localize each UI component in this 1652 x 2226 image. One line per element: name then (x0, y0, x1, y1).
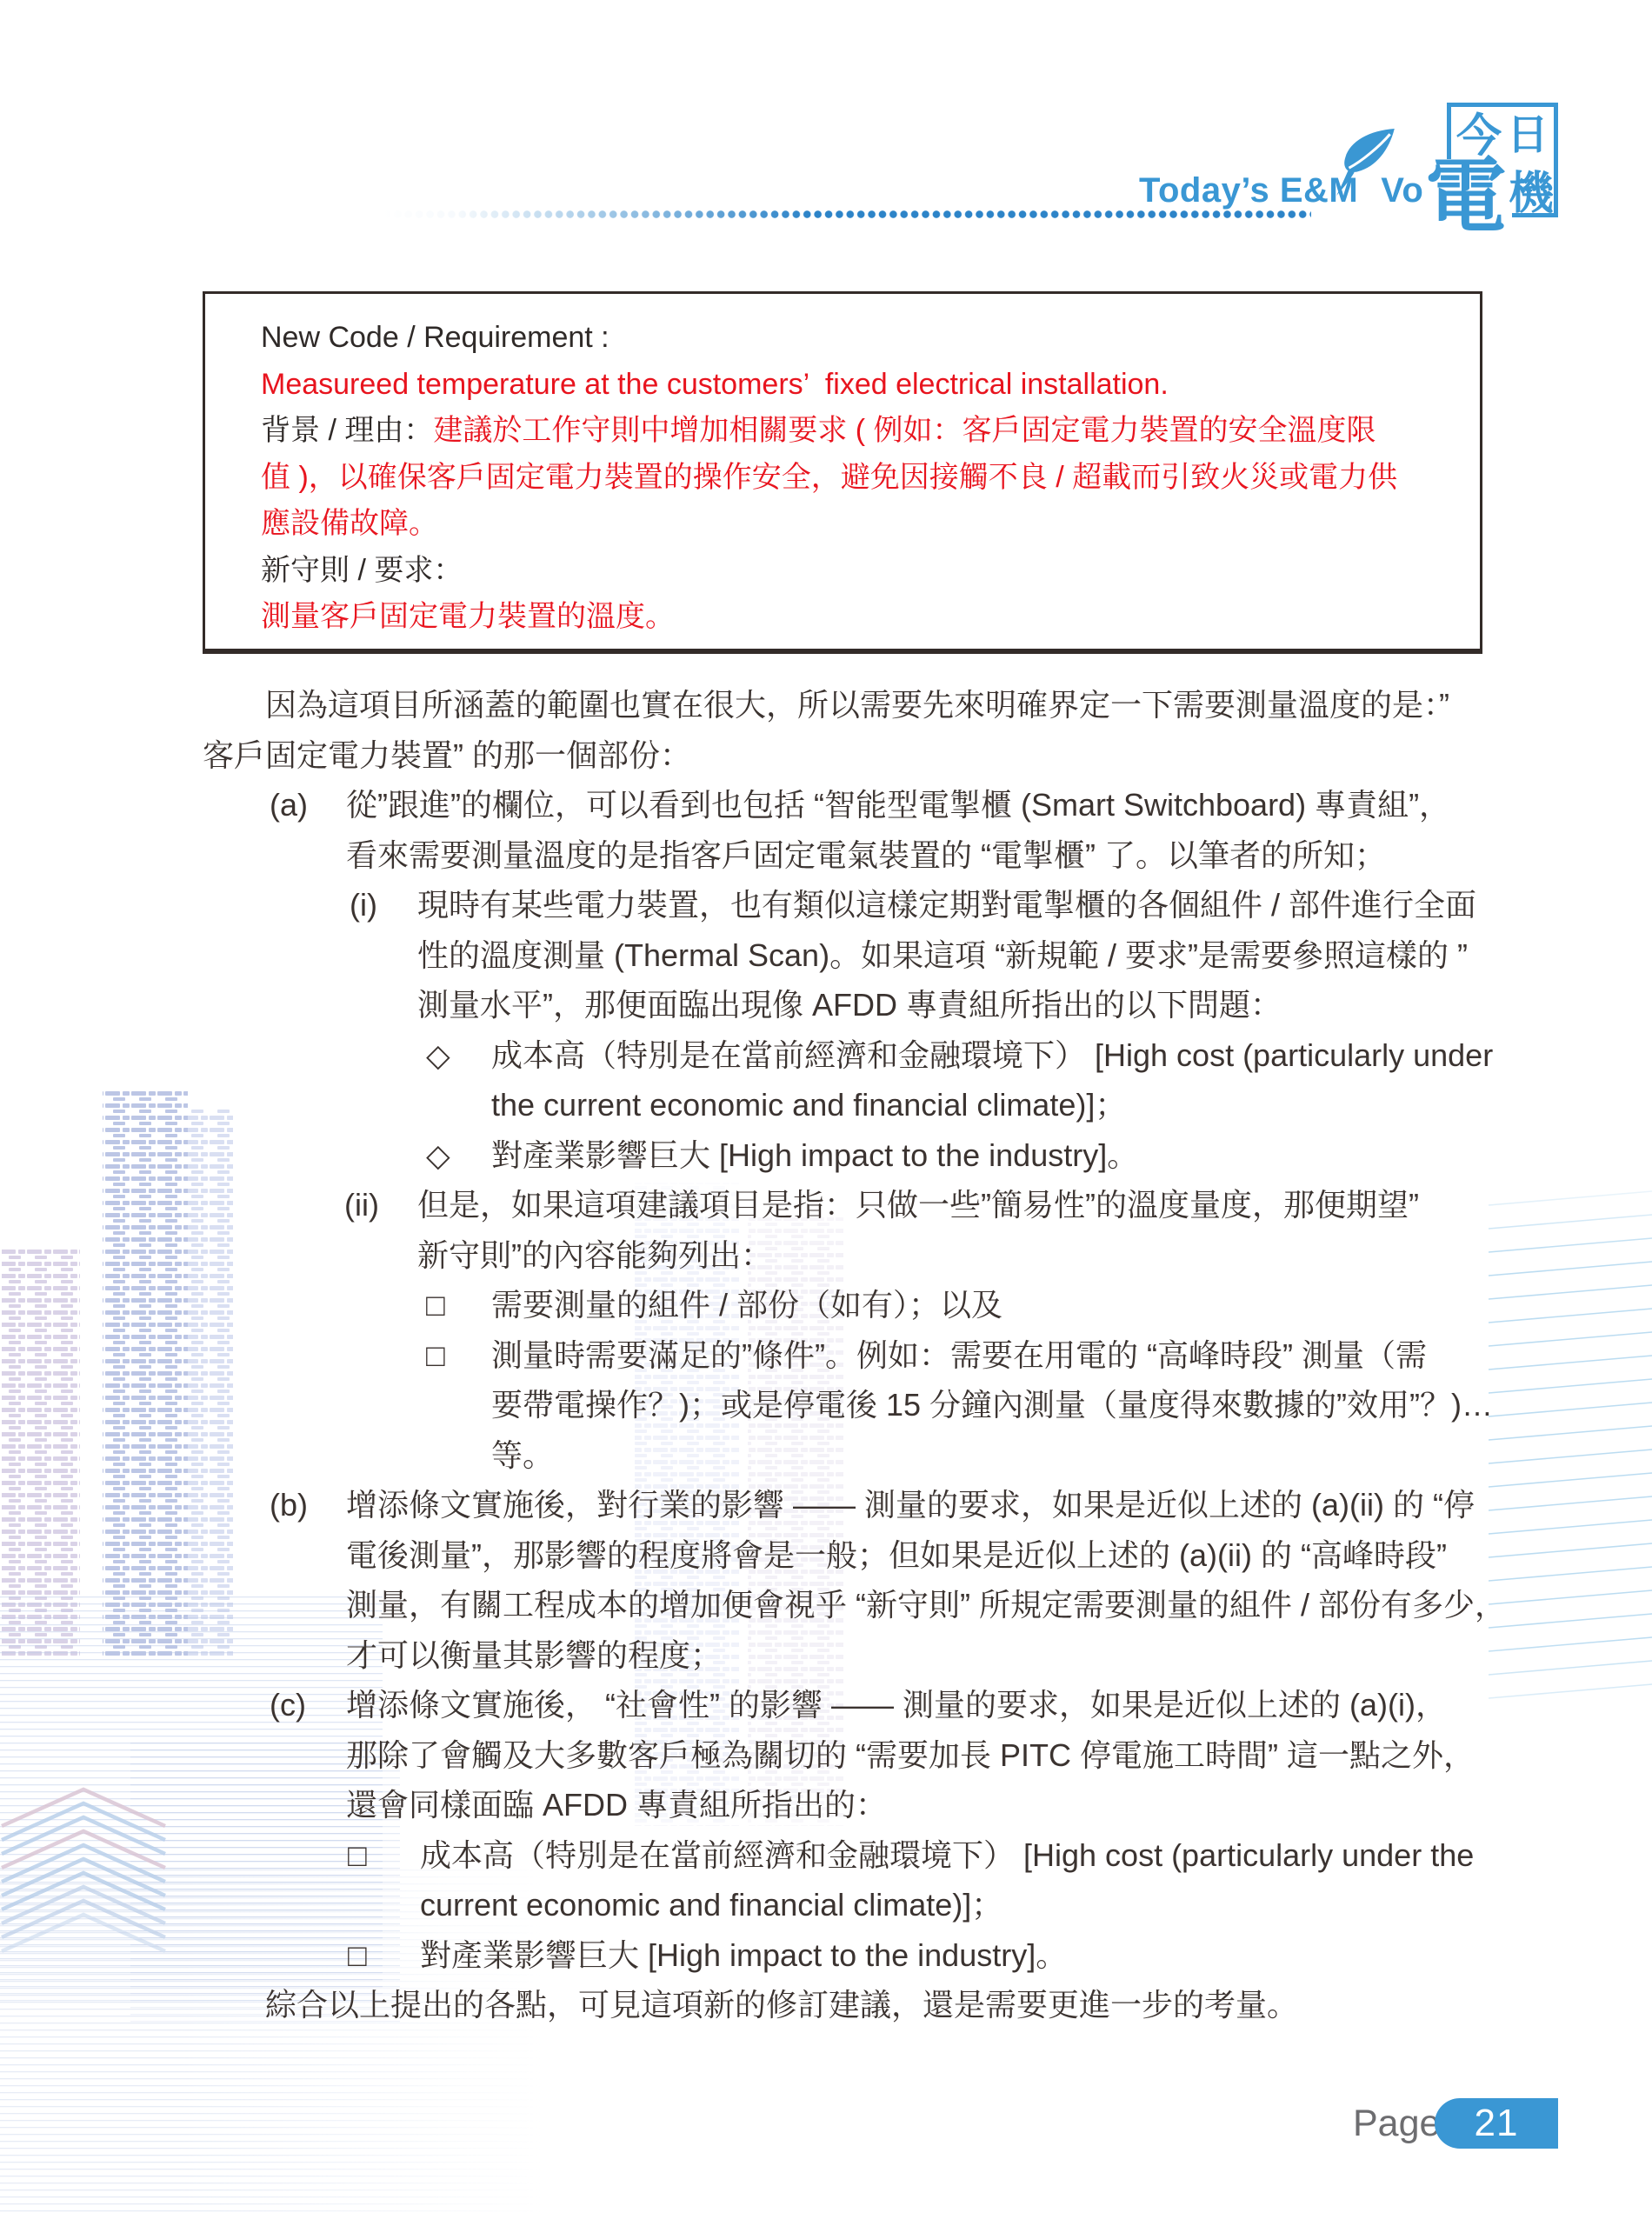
list-marker: (b) (270, 1480, 346, 1530)
text-line: 新守則”的內容能夠列出： (417, 1230, 772, 1280)
notice-text-red: 測量客戶固定電力裝置的溫度。 (261, 600, 675, 633)
logo-char-ji: 機 (1509, 171, 1554, 217)
list-marker: ◇ (426, 1130, 491, 1180)
notice-text-black: 背景 / 理由： (261, 414, 433, 447)
line-text: 從”跟進”的欄位，可以看到也包括 “智能型電掣櫃 (Smart Switchbo… (346, 787, 1450, 823)
line-text: 那除了會觸及大多數客戶極為關切的 “需要加長 PITC 停電施工時間” 這一點之… (346, 1737, 1475, 1773)
line-text: 測量水平”，那便面臨出現像 AFDD 專責組所指出的以下問題： (417, 987, 1282, 1023)
line-text: 綜合以上提出的各點，可見這項新的修訂建議，還是需要更進一步的考量。 (265, 1987, 1298, 2023)
line-text: 才可以衡量其影響的程度； (346, 1637, 722, 1673)
line-text: 因為這項目所涵蓋的範圍也實在很大，所以需要先來明確界定一下需要測量溫度的是：” (265, 687, 1449, 723)
magazine-logo: 今 日 電 機 (1447, 103, 1558, 217)
line-text: 成本高（特別是在當前經濟和金融環境下） [High cost (particul… (491, 1037, 1493, 1073)
list-marker: (c) (270, 1680, 346, 1729)
new-code-requirement-box: New Code / Requirement :Measureed temper… (203, 291, 1482, 654)
notice-box-line: 測量客戶固定電力裝置的溫度。 (261, 594, 1445, 641)
list-item-line: □測量時需要滿足的”條件”。例如：需要在用電的 “高峰時段” 測量（需 (426, 1330, 1427, 1380)
line-text: current economic and financial climate)]… (420, 1887, 1003, 1923)
line-text: 要帶電操作？)；或是停電後 15 分鐘內測量（量度得來數據的”效用”？)… (491, 1387, 1493, 1423)
notice-box-line: New Code / Requirement : (261, 315, 1445, 362)
line-text: 需要測量的組件 / 部份（如有）；以及 (491, 1287, 1003, 1323)
line-text: 但是，如果這項建議項目是指：只做一些”簡易性”的溫度量度，那便期望” (417, 1187, 1419, 1223)
page-label: Page (1353, 2103, 1440, 2145)
notice-box-line: 值 )，以確保客戶固定電力裝置的操作安全，避免因接觸不良 / 超載而引致火災或電… (261, 455, 1445, 502)
list-marker: □ (348, 1830, 420, 1880)
list-item-line: (a)從”跟進”的欄位，可以看到也包括 “智能型電掣櫃 (Smart Switc… (270, 780, 1450, 830)
text-line: 要帶電操作？)；或是停電後 15 分鐘內測量（量度得來數據的”效用”？)… (491, 1380, 1493, 1430)
diagonal-lines-watermark (1489, 1165, 1652, 1756)
list-item-line: (ii)但是，如果這項建議項目是指：只做一些”簡易性”的溫度量度，那便期望” (344, 1180, 1419, 1230)
line-text: 對產業影響巨大 [High impact to the industry]。 (420, 1937, 1067, 1973)
line-text: 還會同樣面臨 AFDD 專責組所指出的： (346, 1787, 887, 1823)
notice-text-black: New Code / Requirement : (261, 321, 610, 354)
list-item-line: □對產業影響巨大 [High impact to the industry]。 (348, 1930, 1067, 1980)
line-text: 對產業影響巨大 [High impact to the industry]。 (491, 1137, 1138, 1173)
notice-text-black: 新守則 / 要求： (261, 554, 463, 587)
notice-box-line: Measureed temperature at the customers’ … (261, 362, 1445, 409)
line-text: 現時有某些電力裝置，也有類似這樣定期對電掣櫃的各個組件 / 部件進行全面 (417, 887, 1476, 923)
text-line: 性的溫度測量 (Thermal Scan)。如果這項 “新規範 / 要求”是需要… (417, 930, 1468, 980)
notice-text-red: 建議於工作守則中增加相關要求 ( 例如：客戶固定電力裝置的安全溫度限 (433, 414, 1376, 447)
text-line: 測量，有關工程成本的增加便會視乎 “新守則” 所規定需要測量的組件 / 部份有多… (346, 1580, 1506, 1630)
line-text: 電後測量”，那影響的程度將會是一般；但如果是近似上述的 (a)(ii) 的 “高… (346, 1537, 1447, 1573)
line-text: the current economic and financial clima… (491, 1087, 1126, 1123)
line-text: 等。 (491, 1437, 554, 1473)
list-item-line: □成本高（特別是在當前經濟和金融環境下） [High cost (particu… (348, 1830, 1474, 1880)
line-text: 性的溫度測量 (Thermal Scan)。如果這項 “新規範 / 要求”是需要… (417, 937, 1468, 973)
list-marker: (a) (270, 780, 346, 830)
logo-char-ri: 日 (1507, 115, 1549, 157)
text-line: 看來需要測量溫度的是指客戶固定電氣裝置的 “電掣櫃” 了。以筆者的所知； (346, 830, 1386, 880)
text-line: 那除了會觸及大多數客戶極為關切的 “需要加長 PITC 停電施工時間” 這一點之… (346, 1730, 1475, 1780)
notice-box-line: 背景 / 理由：建議於工作守則中增加相關要求 ( 例如：客戶固定電力裝置的安全溫… (261, 408, 1445, 455)
line-text: 客戶固定電力裝置” 的那一個部份： (203, 737, 691, 773)
list-item-line: (c)增添條文實施後， “社會性” 的影響 —— 測量的要求，如果是近似上述的 … (270, 1680, 1447, 1729)
list-item-line: (i)現時有某些電力裝置，也有類似這樣定期對電掣櫃的各個組件 / 部件進行全面 (350, 880, 1476, 930)
list-item-line: ◇成本高（特別是在當前經濟和金融環境下） [High cost (particu… (426, 1030, 1493, 1080)
line-text: 增添條文實施後，對行業的影響 —— 測量的要求，如果是近似上述的 (a)(ii)… (346, 1487, 1475, 1523)
list-marker: □ (426, 1280, 491, 1330)
list-marker: (i) (350, 880, 417, 930)
notice-text-red: Measureed temperature at the customers’ … (261, 368, 1169, 401)
text-line: the current economic and financial clima… (491, 1080, 1126, 1130)
list-marker: ◇ (426, 1030, 491, 1080)
line-text: 新守則”的內容能夠列出： (417, 1237, 772, 1273)
text-line: 等。 (491, 1430, 554, 1480)
text-line: 客戶固定電力裝置” 的那一個部份： (203, 730, 691, 780)
notice-box-line: 應設備故障。 (261, 501, 1445, 548)
list-marker: □ (426, 1330, 491, 1380)
text-line: 因為這項目所涵蓋的範圍也實在很大，所以需要先來明確界定一下需要測量溫度的是：” (265, 680, 1449, 730)
line-text: 看來需要測量溫度的是指客戶固定電氣裝置的 “電掣櫃” 了。以筆者的所知； (346, 837, 1386, 873)
text-line: 才可以衡量其影響的程度； (346, 1630, 722, 1680)
list-item-line: (b)增添條文實施後，對行業的影響 —— 測量的要求，如果是近似上述的 (a)(… (270, 1480, 1475, 1530)
list-item-line: □需要測量的組件 / 部份（如有）；以及 (426, 1280, 1003, 1330)
list-item-line: ◇對產業影響巨大 [High impact to the industry]。 (426, 1130, 1138, 1180)
line-text: 測量，有關工程成本的增加便會視乎 “新守則” 所規定需要測量的組件 / 部份有多… (346, 1587, 1506, 1623)
line-text: 增添條文實施後， “社會性” 的影響 —— 測量的要求，如果是近似上述的 (a)… (346, 1687, 1447, 1723)
text-line: 還會同樣面臨 AFDD 專責組所指出的： (346, 1780, 887, 1829)
notice-text-red: 應設備故障。 (261, 507, 438, 540)
dotted-divider (383, 210, 1311, 219)
text-line: 測量水平”，那便面臨出現像 AFDD 專責組所指出的以下問題： (417, 980, 1282, 1030)
masthead-title: Today’s E&M (1139, 171, 1358, 210)
list-marker: □ (348, 1930, 420, 1980)
list-marker: (ii) (344, 1180, 417, 1230)
text-line: 綜合以上提出的各點，可見這項新的修訂建議，還是需要更進一步的考量。 (265, 1980, 1298, 2029)
page-number: 21 (1475, 2102, 1519, 2145)
page-number-badge: 21 (1435, 2098, 1558, 2149)
text-line: current economic and financial climate)]… (420, 1880, 1003, 1929)
notice-box-line: 新守則 / 要求： (261, 548, 1445, 595)
magazine-page: Today’s E&MVol.63 今 日 電 機 New Code / Req… (0, 0, 1652, 2226)
logo-char-dian: 電 (1425, 156, 1507, 237)
notice-text-red: 值 )，以確保客戶固定電力裝置的操作安全，避免因接觸不良 / 超載而引致火災或電… (261, 461, 1397, 494)
line-text: 測量時需要滿足的”條件”。例如：需要在用電的 “高峰時段” 測量（需 (491, 1337, 1427, 1373)
text-line: 電後測量”，那影響的程度將會是一般；但如果是近似上述的 (a)(ii) 的 “高… (346, 1530, 1447, 1580)
line-text: 成本高（特別是在當前經濟和金融環境下） [High cost (particul… (420, 1837, 1474, 1873)
